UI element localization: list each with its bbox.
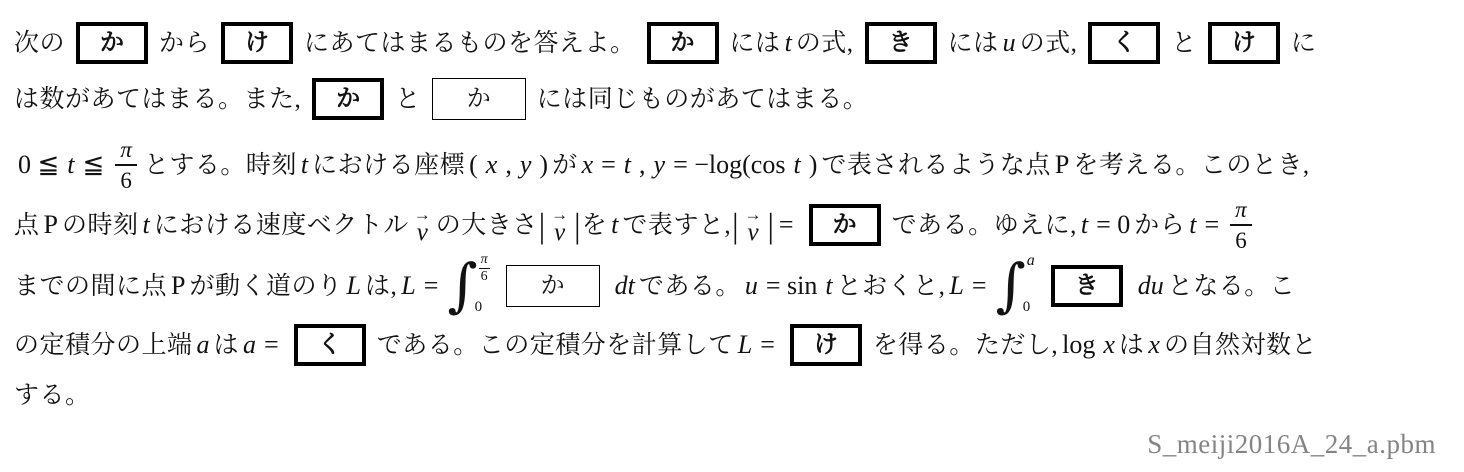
answer-box-label: け (1232, 31, 1256, 55)
text: は, (365, 274, 397, 299)
math-text: ( (469, 152, 478, 178)
text: とする。時刻 (144, 153, 297, 178)
math-var-x: x (582, 152, 594, 178)
answer-box-label: か (336, 87, 360, 111)
integral-upper-limit: π 6 (479, 253, 490, 284)
answer-box-label: か (467, 87, 491, 111)
answer-box-ke-1: け (221, 22, 293, 64)
text: における座標 (312, 153, 465, 178)
text: である。ゆえに, (892, 213, 1077, 238)
text: は数があてはまる。また, (14, 87, 301, 112)
answer-box-label: か (541, 274, 565, 298)
math-var-L: L (949, 273, 963, 299)
math-var-t: t (825, 273, 832, 299)
text: 次の (14, 31, 65, 56)
math-var-L: L (401, 273, 415, 299)
math-var-y: y (520, 152, 532, 178)
math-var-a: a (1027, 252, 1035, 269)
math-text: ≦ (83, 152, 105, 178)
integral-upper-limit: a (1027, 253, 1035, 269)
text: の時刻 (62, 213, 139, 238)
abs-bar: | (732, 207, 738, 242)
fraction-pi-over-6: π 6 (115, 138, 137, 192)
text: が動く道のり (189, 274, 342, 299)
answer-box-ku-2: く (294, 324, 366, 366)
answer-box-label: く (318, 333, 342, 357)
text: と (1171, 31, 1197, 56)
math-text: 0 ≦ (18, 152, 59, 178)
integral-limits: π 6 0 (479, 255, 490, 317)
text: である。 (639, 274, 741, 299)
text: が (552, 153, 578, 178)
problem-line-5: までの間に点 P が動く道のり L は, L = ∫ π 6 0 か dt であ… (14, 254, 1452, 318)
text: から (1134, 213, 1185, 238)
text: と (395, 87, 421, 112)
text: する。 (14, 383, 91, 408)
fraction-pi-over-6: π 6 (1230, 198, 1252, 252)
math-var-u: u (1003, 30, 1016, 56)
math-var-t: t (624, 152, 631, 178)
text: に (1291, 31, 1317, 56)
math-log: log (1062, 332, 1095, 358)
answer-box-label: か (833, 213, 857, 237)
text: である。この定積分を計算して (377, 333, 734, 358)
text: を考える。このとき, (1073, 153, 1309, 178)
problem-line-4: 点 P の時刻 t における速度ベクトル → v の大きさ | → v | を … (14, 198, 1452, 252)
text: で表されるような点 (821, 153, 1051, 178)
text: を (582, 213, 608, 238)
answer-box-ka-thin-1: か (432, 78, 526, 120)
math-var-t: t (67, 152, 74, 178)
math-text: = (601, 152, 616, 178)
text: には同じものがあてはまる。 (537, 87, 869, 112)
answer-box-label: か (100, 31, 124, 55)
math-var-t: t (143, 212, 150, 238)
integral-0-to-pi-over-6: ∫ π 6 0 (447, 255, 489, 317)
math-var-a: a (197, 332, 210, 358)
answer-box-ke-2: け (1208, 22, 1280, 64)
math-text: ) (539, 152, 548, 178)
math-var-x: x (1148, 332, 1160, 358)
math-text: ) (809, 152, 818, 178)
vector-v-label: v (417, 220, 428, 245)
math-equals: = (779, 212, 794, 238)
answer-box-ke-3: け (790, 324, 862, 366)
integral-sign: ∫ (447, 258, 477, 313)
answer-box-label: け (245, 31, 269, 55)
math-text: , (639, 152, 646, 178)
answer-box-label: か (671, 31, 695, 55)
answer-box-ku-1: く (1088, 22, 1160, 64)
vector-v-label: v (554, 220, 565, 245)
answer-box-ki-2: き (1051, 265, 1123, 307)
fraction-numerator: π (479, 253, 490, 268)
abs-bar: | (768, 207, 774, 242)
fraction-denominator: 6 (115, 164, 137, 192)
fraction-denominator: 6 (1230, 224, 1252, 252)
math-var-x: x (486, 152, 498, 178)
math-equals: = (760, 332, 775, 358)
text: は (1119, 333, 1145, 358)
answer-box-label: き (889, 31, 913, 55)
answer-box-ka-2: か (647, 22, 719, 64)
text: の式, (796, 31, 854, 56)
answer-box-ka-4: か (809, 204, 881, 246)
text: の定積分の上端 (14, 333, 193, 358)
integral-0-to-a: ∫ a 0 (996, 255, 1035, 317)
filename-label: S_meiji2016A_24_a.pbm (1147, 429, 1436, 460)
vector-v-label: v (747, 220, 758, 245)
text: は (214, 333, 240, 358)
text: の式, (1020, 31, 1078, 56)
text: とおくと, (837, 274, 946, 299)
math-var-u: u (745, 273, 758, 299)
fraction-numerator: π (115, 138, 137, 164)
vector-v: → v (745, 206, 762, 245)
math-var-t: t (301, 152, 308, 178)
text: の大きさ (436, 213, 538, 238)
math-point-P: P (44, 212, 58, 238)
math-var-t: t (1189, 212, 1196, 238)
fraction-denominator: 6 (479, 268, 490, 284)
fraction-pi-over-6-small: π 6 (479, 253, 490, 284)
answer-box-ka-1: か (76, 22, 148, 64)
math-var-L: L (347, 273, 361, 299)
vector-v: → v (551, 206, 568, 245)
fraction-numerator: π (1230, 198, 1252, 224)
text: から (159, 31, 210, 56)
math-var-x: x (1103, 332, 1115, 358)
problem-line-2: は数があてはまる。また, か と か には同じものがあてはまる。 (14, 76, 1452, 122)
math-var-L: L (738, 332, 752, 358)
math-var-y: y (654, 152, 666, 178)
math-var-t: t (611, 212, 618, 238)
text: における速度ベクトル (154, 213, 409, 238)
math-equals: = (972, 273, 987, 299)
text: には (730, 31, 781, 56)
math-point-P: P (1055, 152, 1069, 178)
answer-box-label: き (1075, 274, 1099, 298)
math-text: , (505, 152, 512, 178)
problem-line-7: する。 (14, 378, 1452, 412)
math-var-a: a (243, 332, 256, 358)
math-equals: = (424, 273, 439, 299)
math-equals: = (1205, 212, 1220, 238)
math-text: = 0 (1096, 212, 1130, 238)
text: を得る。ただし, (873, 333, 1058, 358)
problem-line-6: の定積分の上端 a は a = く である。この定積分を計算して L = け を… (14, 320, 1452, 370)
text: には (948, 31, 999, 56)
problem-line-3: 0 ≦ t ≦ π 6 とする。時刻 t における座標 ( x , y ) が … (14, 136, 1452, 194)
math-var-t: t (785, 30, 792, 56)
integral-lower-limit: 0 (1023, 300, 1031, 315)
math-var-t: t (1081, 212, 1088, 238)
math-text: = sin (766, 273, 818, 299)
text: までの間に点 (14, 274, 167, 299)
math-text: = −log(cos (673, 152, 785, 178)
math-equals: = (264, 332, 279, 358)
math-dt: dt (615, 273, 635, 299)
integral-limits: a 0 (1027, 255, 1035, 317)
text: となる。こ (1168, 274, 1296, 299)
answer-box-ki-1: き (865, 22, 937, 64)
problem-line-1: 次の か から け にあてはまるものを答えよ。 か には t の式, き には … (14, 20, 1452, 66)
integral-lower-limit: 0 (475, 300, 483, 315)
text: にあてはまるものを答えよ。 (304, 31, 636, 56)
vector-v: → v (414, 206, 431, 245)
answer-box-ka-3: か (312, 78, 384, 120)
answer-box-label: く (1112, 31, 1136, 55)
answer-box-ka-thin-2: か (506, 265, 600, 307)
integral-sign: ∫ (996, 258, 1026, 313)
math-du: du (1138, 273, 1164, 299)
text: の自然対数と (1164, 333, 1317, 358)
abs-bar: | (539, 207, 545, 242)
math-var-t: t (793, 152, 800, 178)
text: 点 (14, 213, 40, 238)
abs-bar: | (574, 207, 580, 242)
math-point-P: P (171, 273, 185, 299)
text: で表すと, (622, 213, 731, 238)
exam-problem-page: 次の か から け にあてはまるものを答えよ。 か には t の式, き には … (0, 0, 1464, 472)
answer-box-label: け (814, 333, 838, 357)
